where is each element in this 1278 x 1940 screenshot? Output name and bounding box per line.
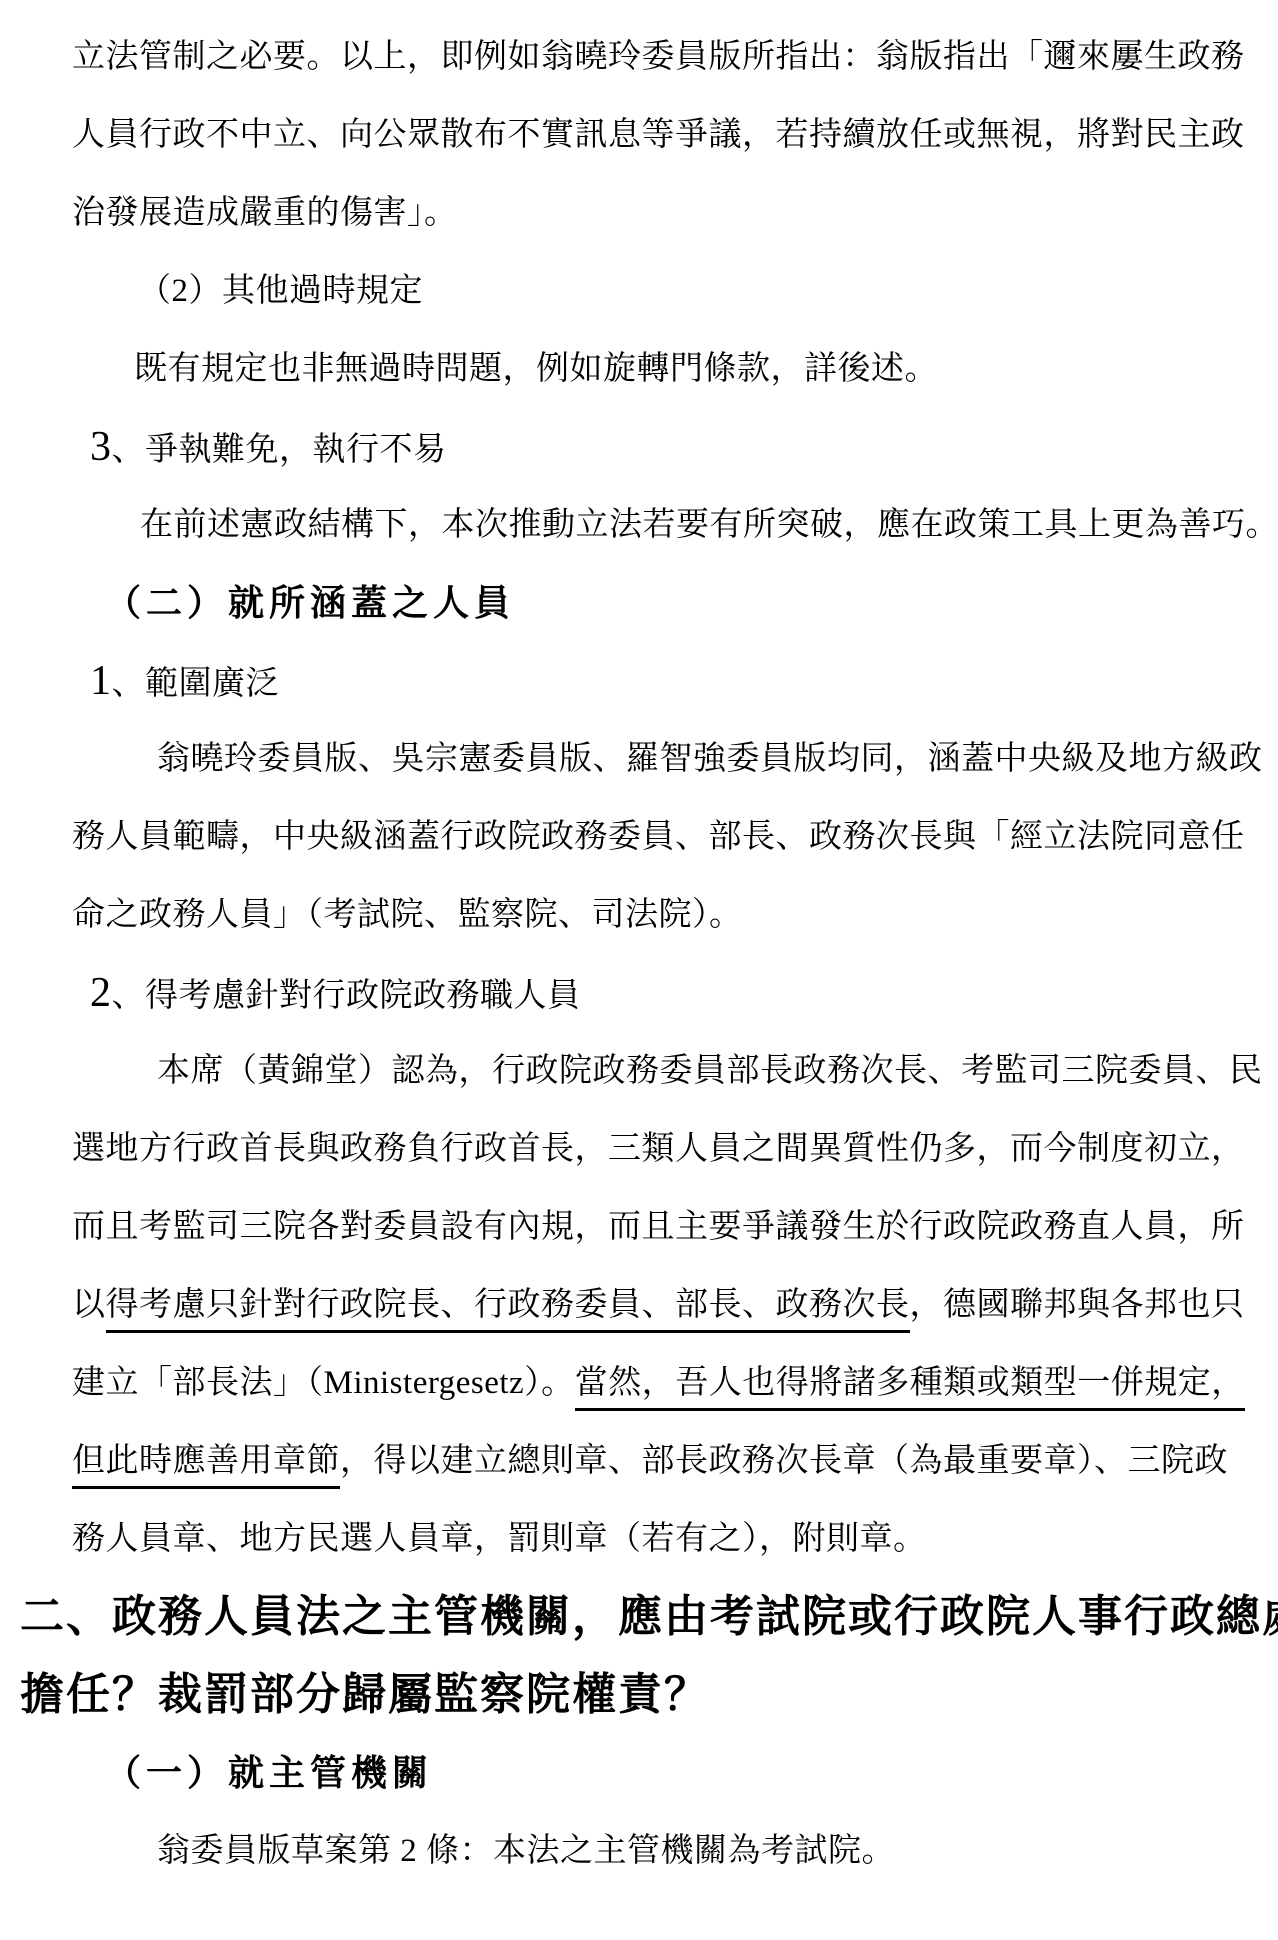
text-segment: 二、政務人員法之主管機關，應由考試院或行政院人事行政總處 xyxy=(20,1592,1278,1641)
body-line: 本席（黃錦堂）認為，行政院政務委員部長政務次長、考監司三院委員、民 xyxy=(157,1032,1208,1110)
text-segment: 選地方行政首長與政務負行政首長，三類人員之間異質性仍多，而今制度初立， xyxy=(72,1131,1245,1167)
item-number: 3 xyxy=(90,424,112,470)
subsection-heading: （二）就所涵蓋之人員 xyxy=(105,564,1208,642)
text-segment: 既有規定也非無過時問題，例如旋轉門條款，詳後述。 xyxy=(134,351,938,387)
body-line: 既有規定也非無過時問題，例如旋轉門條款，詳後述。 xyxy=(134,330,1208,408)
text-segment: 、範圍廣泛 xyxy=(112,666,280,702)
text-segment: 務人員章、地方民選人員章，罰則章（若有之），附則章。 xyxy=(72,1521,927,1557)
body-line: 但此時應善用章節，得以建立總則章、部長政務次長章（為最重要章）、三院政 xyxy=(72,1422,1208,1500)
text-segment: 以 xyxy=(72,1287,106,1323)
underlined-text: 當然，吾人也得將諸多種類或類型一併規定， xyxy=(575,1365,1245,1411)
text-segment: （一）就主管機關 xyxy=(105,1753,433,1793)
section-heading: 擔任？裁罰部分歸屬監察院權責？ xyxy=(20,1656,1208,1734)
numbered-heading: 1、範圍廣泛 xyxy=(90,642,1208,720)
text-segment: （二）就所涵蓋之人員 xyxy=(105,583,515,623)
section-heading: 二、政務人員法之主管機關，應由考試院或行政院人事行政總處 xyxy=(20,1578,1208,1656)
text-segment: 翁委員版草案第 2 條：本法之主管機關為考試院。 xyxy=(157,1833,895,1869)
body-line: 立法管制之必要。以上，即例如翁曉玲委員版所指出：翁版指出「邇來屢生政務 xyxy=(72,18,1208,96)
text-segment: 在前述憲政結構下，本次推動立法若要有所突破，應在政策工具上更為善巧。 xyxy=(140,507,1278,543)
text-segment: 擔任？裁罰部分歸屬監察院權責？ xyxy=(20,1670,710,1719)
text-segment: ，德國聯邦與各邦也只 xyxy=(910,1287,1245,1323)
body-line: 翁委員版草案第 2 條：本法之主管機關為考試院。 xyxy=(157,1812,1208,1890)
text-segment: 立法管制之必要。以上，即例如翁曉玲委員版所指出：翁版指出「邇來屢生政務 xyxy=(72,39,1245,75)
body-line: 務人員範疇，中央級涵蓋行政院政務委員、部長、政務次長與「經立法院同意任 xyxy=(72,798,1208,876)
item-number: 1 xyxy=(90,658,112,704)
numbered-heading: 3、爭執難免，執行不易 xyxy=(90,408,1208,486)
body-line: 務人員章、地方民選人員章，罰則章（若有之），附則章。 xyxy=(72,1500,1208,1578)
body-line: 在前述憲政結構下，本次推動立法若要有所突破，應在政策工具上更為善巧。 xyxy=(140,486,1208,564)
body-line: 而且考監司三院各對委員設有內規，而且主要爭議發生於行政院政務直人員，所 xyxy=(72,1188,1208,1266)
text-segment: 建立「部長法」（Ministergesetz）。 xyxy=(72,1365,575,1401)
text-segment: （2）其他過時規定 xyxy=(138,273,423,309)
text-segment: 翁曉玲委員版、吳宗憲委員版、羅智強委員版均同，涵蓋中央級及地方級政 xyxy=(157,741,1263,777)
body-line: 人員行政不中立、向公眾散布不實訊息等爭議，若持續放任或無視，將對民主政 xyxy=(72,96,1208,174)
item-number: 2 xyxy=(90,970,112,1016)
body-line: 治發展造成嚴重的傷害」。 xyxy=(72,174,1208,252)
body-line: 選地方行政首長與政務負行政首長，三類人員之間異質性仍多，而今制度初立， xyxy=(72,1110,1208,1188)
body-line: 翁曉玲委員版、吳宗憲委員版、羅智強委員版均同，涵蓋中央級及地方級政 xyxy=(157,720,1208,798)
text-segment: ，得以建立總則章、部長政務次長章（為最重要章）、三院政 xyxy=(340,1443,1228,1479)
text-segment: 、爭執難免，執行不易 xyxy=(112,432,447,468)
underlined-text: 但此時應善用章節 xyxy=(72,1443,340,1489)
text-segment: 命之政務人員」（考試院、監察院、司法院）。 xyxy=(72,897,743,933)
text-segment: 務人員範疇，中央級涵蓋行政院政務委員、部長、政務次長與「經立法院同意任 xyxy=(72,819,1245,855)
numbered-heading: 2、得考慮針對行政院政務職人員 xyxy=(90,954,1208,1032)
body-line: 以得考慮只針對行政院長、行政務委員、部長、政務次長，德國聯邦與各邦也只 xyxy=(72,1266,1208,1344)
body-line: 建立「部長法」（Ministergesetz）。當然，吾人也得將諸多種類或類型一… xyxy=(72,1344,1208,1422)
text-segment: 治發展造成嚴重的傷害」。 xyxy=(72,195,458,231)
text-segment: 本席（黃錦堂）認為，行政院政務委員部長政務次長、考監司三院委員、民 xyxy=(157,1053,1263,1089)
subsection-heading: （一）就主管機關 xyxy=(105,1734,1208,1812)
list-item-heading: （2）其他過時規定 xyxy=(138,252,1208,330)
text-segment: 、得考慮針對行政院政務職人員 xyxy=(112,978,581,1014)
document-page: 立法管制之必要。以上，即例如翁曉玲委員版所指出：翁版指出「邇來屢生政務 人員行政… xyxy=(0,0,1278,1940)
text-segment: 而且考監司三院各對委員設有內規，而且主要爭議發生於行政院政務直人員，所 xyxy=(72,1209,1245,1245)
text-segment: 人員行政不中立、向公眾散布不實訊息等爭議，若持續放任或無視，將對民主政 xyxy=(72,117,1245,153)
body-line: 命之政務人員」（考試院、監察院、司法院）。 xyxy=(72,876,1208,954)
underlined-text: 得考慮只針對行政院長、行政務委員、部長、政務次長 xyxy=(106,1287,910,1333)
